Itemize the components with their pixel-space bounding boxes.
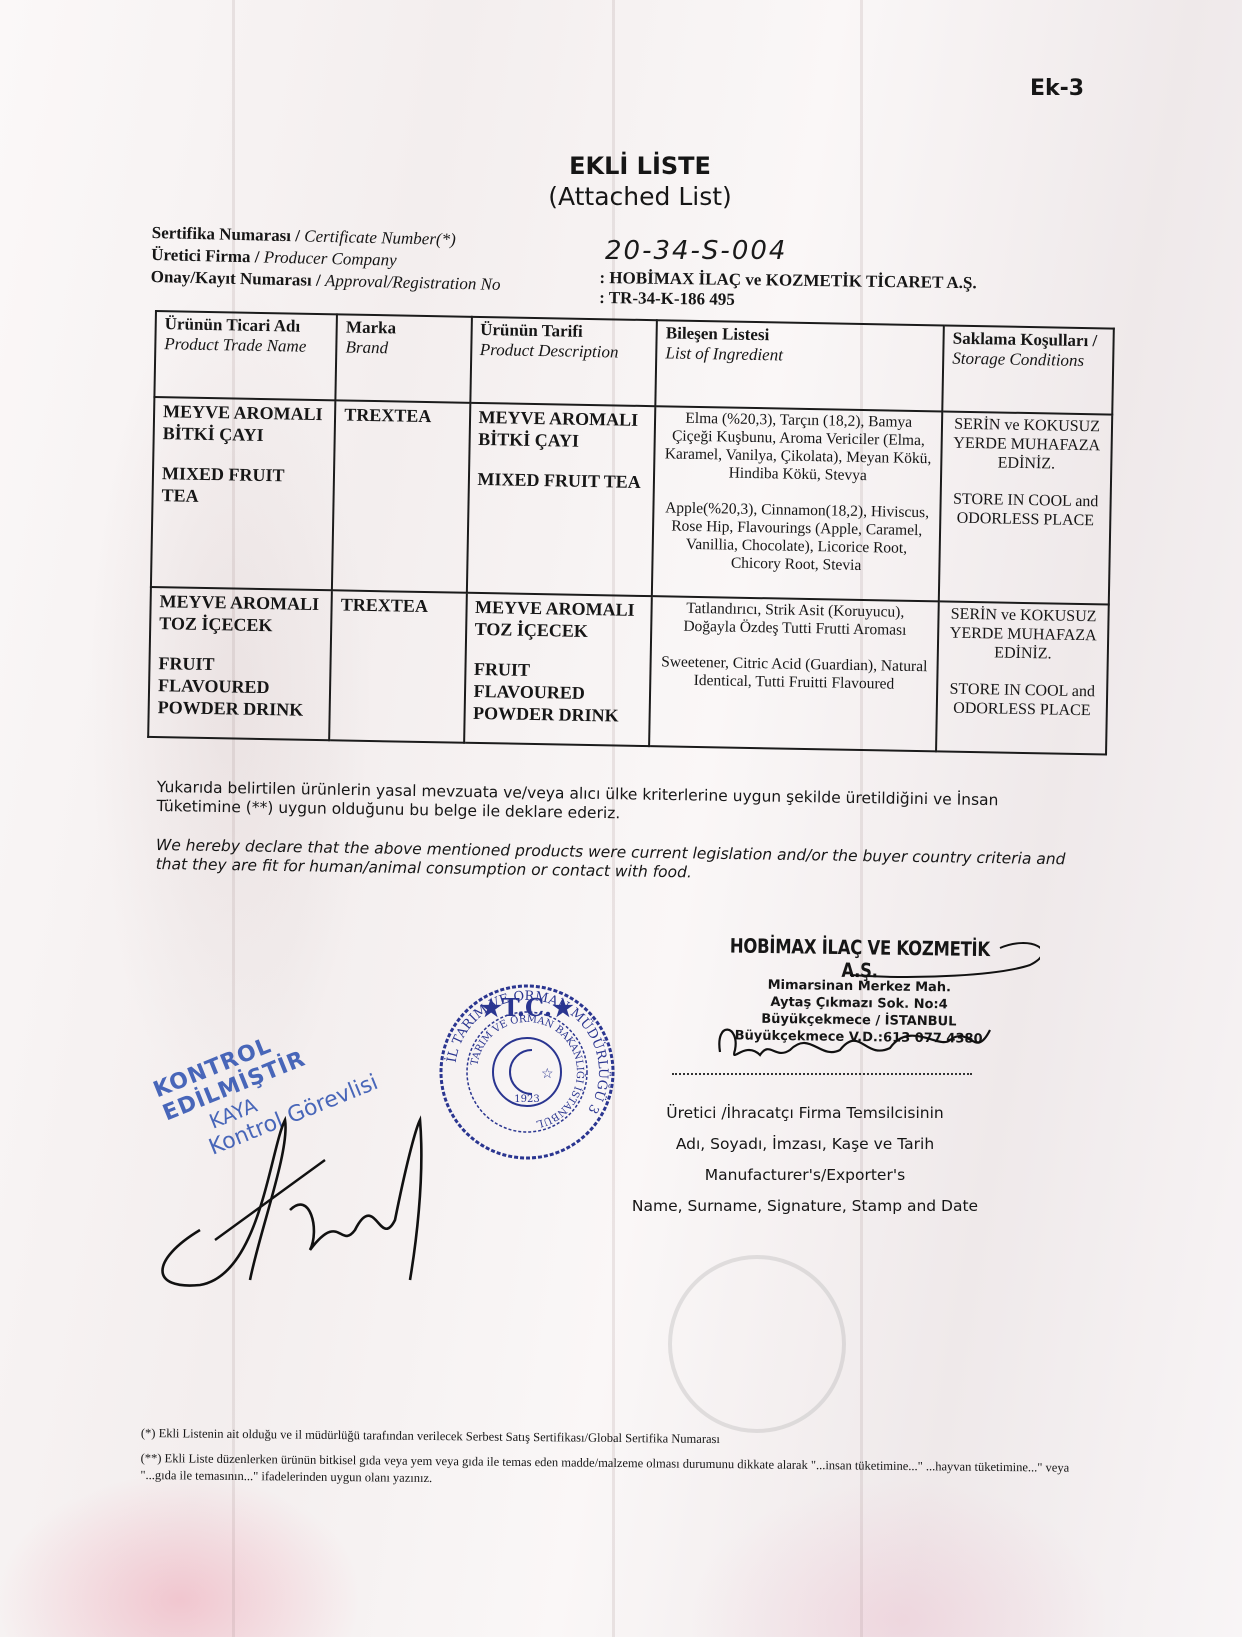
document-title: EKLİ LİSTE (Attached List) xyxy=(500,152,780,211)
footnote-2: (**) Ekli Liste düzenlerken ürünün bitki… xyxy=(140,1450,1100,1494)
title-tr: EKLİ LİSTE xyxy=(500,152,780,180)
header-storage: Saklama Koşulları /Storage Conditions xyxy=(942,325,1113,414)
table-row: MEYVE AROMALI BİTKİ ÇAYIMIXED FRUIT TEA … xyxy=(151,397,1112,605)
cell-brand: TREXTEA xyxy=(332,400,470,592)
cell-trade-name: MEYVE AROMALI TOZ İÇECEKFRUIT FLAVOURED … xyxy=(148,587,332,740)
svg-text:1923: 1923 xyxy=(514,1094,539,1105)
product-table: Ürünün Ticari AdıProduct Trade Name Mark… xyxy=(147,310,1115,756)
declaration: Yukarıda belirtilen ürünlerin yasal mevz… xyxy=(155,778,1077,908)
cell-description: MEYVE AROMALI TOZ İÇECEKFRUIT FLAVOURED … xyxy=(464,593,652,746)
header-ingredients: Bileşen ListesiList of Ingredient xyxy=(656,320,944,411)
representative-line: Üretici /İhracatçı Firma Temsilcisinin xyxy=(630,1098,980,1129)
svg-text:TARIM VE ORMAN BAKANLIĞI İSTAN: TARIM VE ORMAN BAKANLIĞI İSTANBUL xyxy=(469,1014,586,1129)
cell-brand: TREXTEA xyxy=(329,590,466,742)
cell-storage: SERİN ve KOKUSUZ YERDE MUHAFAZA EDİNİZ.S… xyxy=(936,601,1109,754)
svg-text:☆: ☆ xyxy=(541,1067,554,1082)
table-row: MEYVE AROMALI TOZ İÇECEKFRUIT FLAVOURED … xyxy=(148,587,1109,755)
cell-description: MEYVE AROMALI BİTKİ ÇAYIMIXED FRUIT TEA xyxy=(466,403,655,596)
annex-label: Ek-3 xyxy=(1030,76,1084,101)
header-description: Ürünün TarifiProduct Description xyxy=(470,317,657,406)
official-ministry-stamp: İL TARIM VE ORMAN MÜDÜRLÜĞÜ 3 TARIM VE O… xyxy=(437,982,617,1162)
footnotes: (*) Ekli Listenin ait olduğu ve il müdür… xyxy=(140,1425,1101,1502)
meta-values: : HOBİMAX İLAÇ ve KOZMETİK TİCARET A.Ş. … xyxy=(599,240,977,313)
cell-ingredients: Tatlandırıcı, Strik Asit (Koruyucu), Doğ… xyxy=(649,596,939,751)
header-trade-name: Ürünün Ticari AdıProduct Trade Name xyxy=(154,311,337,400)
declaration-en: We hereby declare that the above mention… xyxy=(155,836,1075,888)
cell-ingredients: Elma (%20,3), Tarçın (18,2), Bamya Çiçeğ… xyxy=(652,406,942,601)
svg-text:★T.C.★: ★T.C.★ xyxy=(480,993,574,1022)
representative-caption: Üretici /İhracatçı Firma Temsilcisinin A… xyxy=(630,1098,980,1222)
title-en: (Attached List) xyxy=(500,182,780,211)
inspector-signature xyxy=(140,1090,440,1290)
cell-trade-name: MEYVE AROMALI BİTKİ ÇAYIMIXED FRUIT TEA xyxy=(151,397,336,590)
representative-line: Name, Surname, Signature, Stamp and Date xyxy=(630,1191,980,1222)
representative-line: Adı, Soyadı, İmzası, Kaşe ve Tarih xyxy=(630,1129,980,1160)
signature-line xyxy=(672,1073,972,1075)
meta-labels: Sertifika Numarası / Certificate Number(… xyxy=(151,222,502,296)
faded-stamp xyxy=(668,1255,846,1433)
header-brand: MarkaBrand xyxy=(336,314,472,402)
representative-line: Manufacturer's/Exporter's xyxy=(630,1160,980,1191)
cell-storage: SERİN ve KOKUSUZ YERDE MUHAFAZA EDİNİZ.S… xyxy=(939,411,1112,604)
